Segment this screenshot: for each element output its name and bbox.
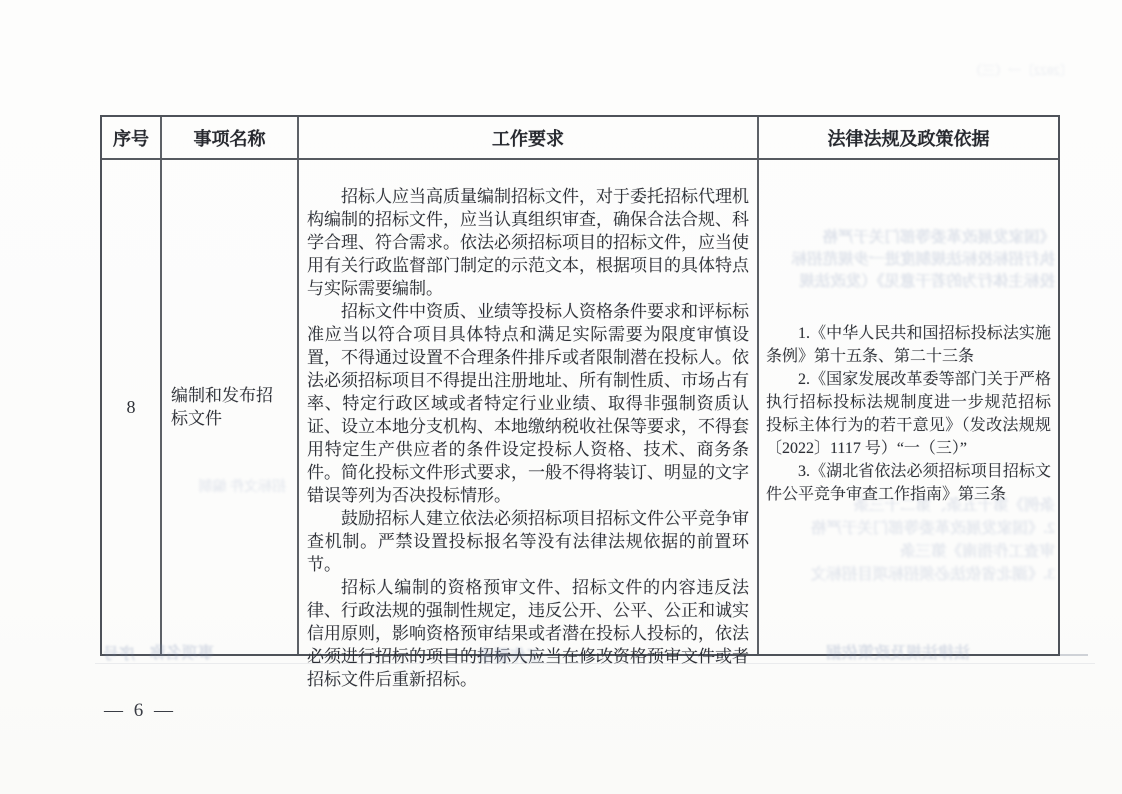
work-paragraph-4: 招标人编制的资格预审文件、招标文件的内容违反法律、行政法规的强制性规定，违反公开… <box>307 576 749 691</box>
cell-legal-basis: 1.《中华人民共和国招标投标法实施条例》第十五条、第二十三条 2.《国家发展改革… <box>759 160 1058 654</box>
column-header-legal: 法律法规及政策依据 <box>759 117 1058 158</box>
column-header-item: 事项名称 <box>162 117 299 158</box>
table-row: 8 编制和发布招标文件 招标人应当高质量编制招标文件，对于委托招标代理机构编制的… <box>102 160 1058 654</box>
legal-item-1: 1.《中华人民共和国招标投标法实施条例》第十五条、第二十三条 <box>766 322 1051 368</box>
scan-artifact-border-extension <box>1060 654 1088 656</box>
bleedthrough-footer-item: 事项名称 <box>150 640 214 663</box>
cell-item-name: 编制和发布招标文件 <box>162 160 299 654</box>
legal-item-3: 3.《湖北省依法必须招标项目招标文件公平竞争审查工作指南》第三条 <box>766 460 1051 506</box>
bleedthrough-smudge-top-right: 〔2022〕一（三） <box>933 60 1073 79</box>
legal-item-2: 2.《国家发展改革委等部门关于严格执行招标投标法规制度进一步规范招标投标主体行为… <box>766 368 1051 460</box>
work-paragraph-3: 鼓励招标人建立依法必须招标项目招标文件公平竞争审查机制。严禁设置投标报名等没有法… <box>307 507 749 576</box>
work-paragraph-2: 招标文件中资质、业绩等投标人资格条件要求和评标标准应当以符合项目具体特点和满足实… <box>307 300 749 507</box>
column-header-seq: 序号 <box>102 117 162 158</box>
scanned-document-page: 序号 事项名称 工作要求 法律法规及政策依据 8 编制和发布招标文件 招标人应当… <box>0 0 1122 794</box>
cell-sequence-number: 8 <box>102 160 162 654</box>
table-header-row: 序号 事项名称 工作要求 法律法规及政策依据 <box>102 117 1058 160</box>
work-paragraph-1: 招标人应当高质量编制招标文件，对于委托招标代理机构编制的招标文件，应当认真组织审… <box>307 185 749 300</box>
cell-work-requirements: 招标人应当高质量编制招标文件，对于委托招标代理机构编制的招标文件，应当认真组织审… <box>299 160 759 654</box>
bleedthrough-footer-work: 工作要求 <box>478 643 542 666</box>
bleedthrough-footer-seq: 序号 <box>103 641 135 664</box>
approval-items-table: 序号 事项名称 工作要求 法律法规及政策依据 8 编制和发布招标文件 招标人应当… <box>100 115 1060 656</box>
page-number: — 6 — <box>104 700 176 722</box>
item-name-text: 编制和发布招标文件 <box>171 384 288 430</box>
bleedthrough-footer-legal: 法律法规及政策依据 <box>826 640 970 663</box>
column-header-work: 工作要求 <box>299 117 759 158</box>
